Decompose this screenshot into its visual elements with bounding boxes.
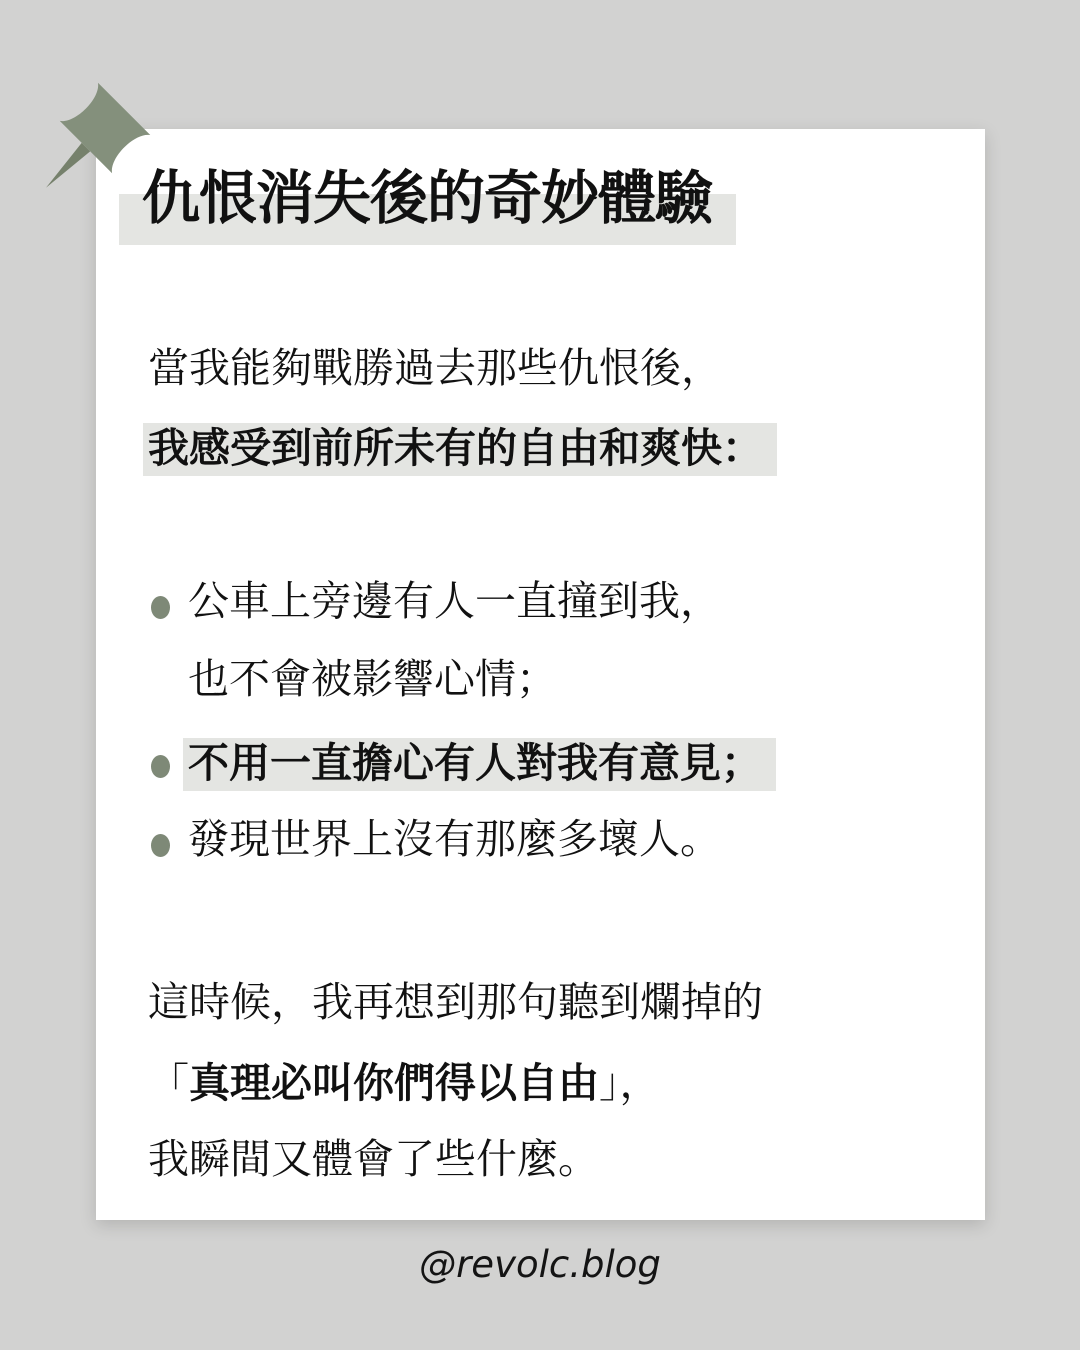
bullet-1-line-1: 公車上旁邊有人一直撞到我， [188,578,721,624]
dot-icon [151,596,170,619]
dot-icon [151,755,170,778]
pushpin-needle [41,143,90,192]
outro-line-2: 「真理必叫你們得以自由」， [148,1063,661,1104]
page-title: 仇恨消失後的奇妙體驗 [142,170,712,228]
bullet-1-line-2: 也不會被影響心情； [188,659,557,700]
outro-quote-open-bracket: 「 [148,1060,189,1106]
author-handle: @revolc.blog [0,1243,1080,1286]
quote-card: 仇恨消失後的奇妙體驗 當我能夠戰勝過去那些仇恨後， 我感受到前所未有的自由和爽快… [96,129,985,1220]
intro-line-2: 我感受到前所未有的自由和爽快： [148,423,777,476]
intro-line-1: 當我能夠戰勝過去那些仇恨後， [148,348,722,389]
bullet-item-2: 不用一直擔心有人對我有意見； [151,738,776,791]
bullet-3-line-1: 發現世界上沒有那麼多壞人。 [188,816,721,862]
dot-icon [151,834,170,857]
bullet-2-highlight: 不用一直擔心有人對我有意見； [183,738,776,791]
outro-quote-close-bracket: 」， [599,1060,661,1106]
bullet-item-1: 公車上旁邊有人一直撞到我， [151,581,721,622]
outro-line-1: 這時候，我再想到那句聽到爛掉的 [148,982,763,1023]
outro-line-3: 我瞬間又體會了些什麼。 [148,1139,599,1180]
pushpin-icon [28,92,158,222]
post-canvas: 仇恨消失後的奇妙體驗 當我能夠戰勝過去那些仇恨後， 我感受到前所未有的自由和爽快… [0,0,1080,1350]
outro-quote-text: 真理必叫你們得以自由 [189,1060,599,1106]
bullet-item-3: 發現世界上沒有那麼多壞人。 [151,819,721,860]
intro-line-2-highlight: 我感受到前所未有的自由和爽快： [143,423,777,476]
